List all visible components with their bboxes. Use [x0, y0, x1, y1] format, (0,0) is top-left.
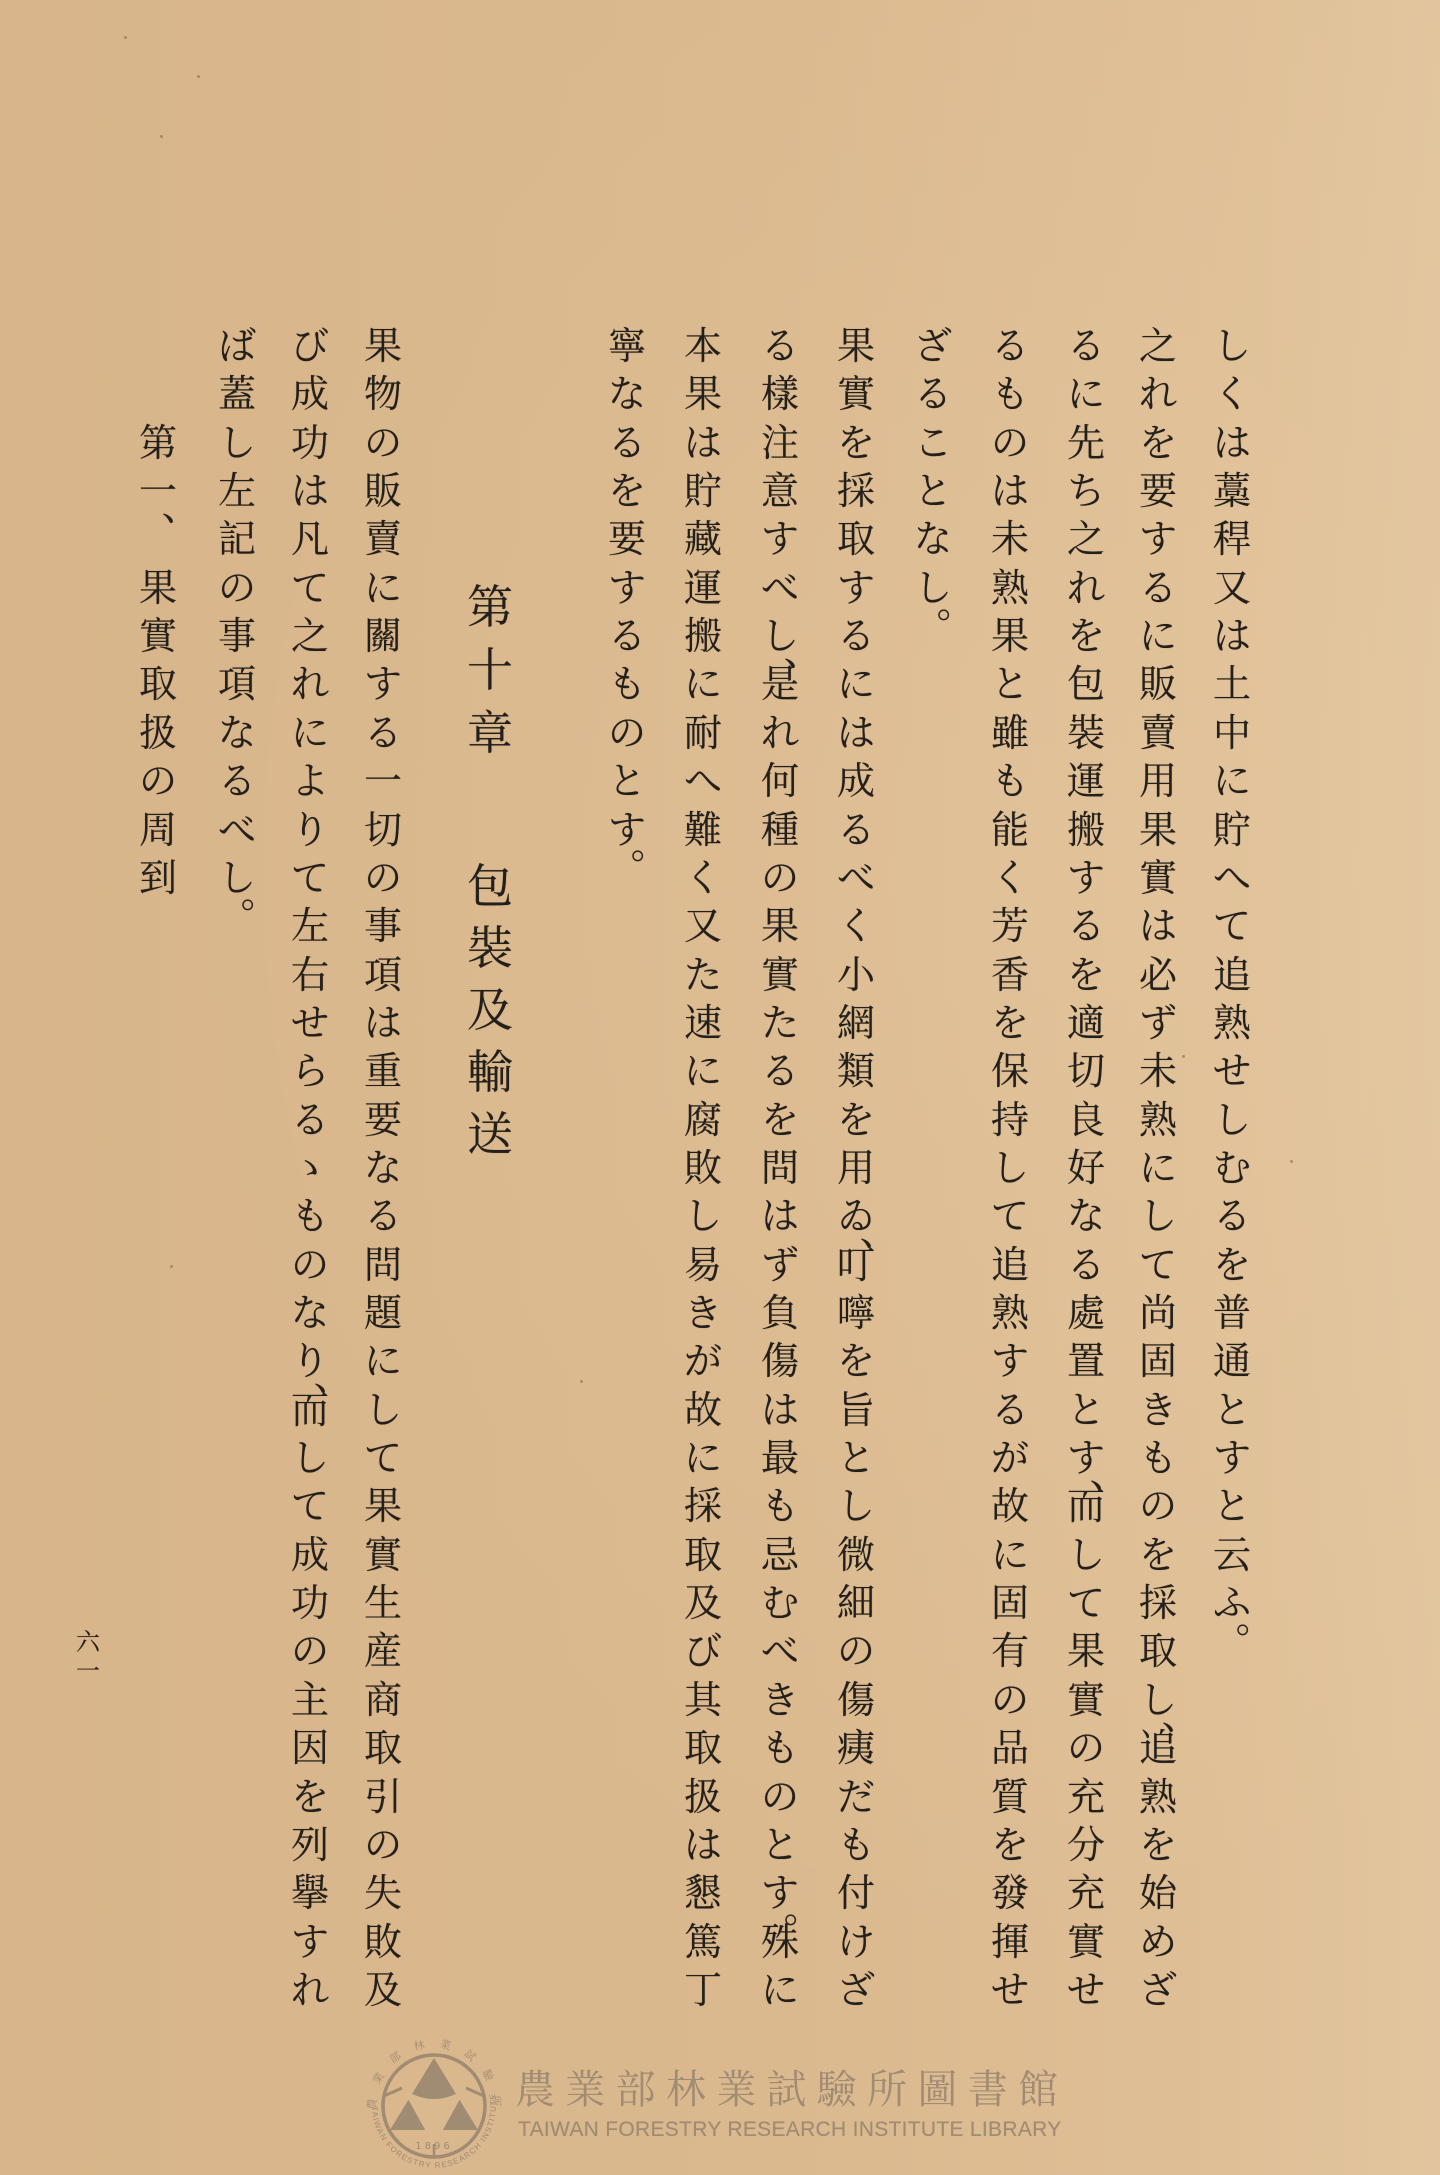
glyph: 採: [684, 1487, 722, 1525]
glyph: は: [1139, 907, 1177, 945]
glyph: 。: [631, 826, 669, 864]
glyph: 搬: [1067, 811, 1105, 849]
glyph: く: [837, 907, 875, 945]
glyph: べ: [761, 569, 799, 607]
glyph: 重: [364, 1052, 402, 1090]
glyph: 果: [991, 617, 1029, 655]
glyph: 嚀: [837, 1294, 875, 1332]
glyph: 。: [937, 585, 975, 623]
glyph: れ: [1067, 569, 1105, 607]
glyph: 實: [364, 1536, 402, 1574]
glyph: 用: [1139, 762, 1177, 800]
glyph: 旨: [837, 1391, 875, 1429]
glyph: は: [684, 1826, 722, 1864]
glyph: 又: [684, 907, 722, 945]
glyph: 熟: [1139, 1778, 1177, 1816]
glyph: ば: [218, 327, 256, 365]
glyph: 藏: [684, 520, 722, 558]
glyph: る: [608, 617, 646, 655]
glyph: る: [914, 375, 952, 413]
glyph: 運: [684, 569, 722, 607]
glyph: 又: [1213, 569, 1251, 607]
glyph: 擧: [291, 1874, 329, 1912]
glyph: 要: [364, 1101, 402, 1139]
glyph: 實: [761, 956, 799, 994]
glyph: に: [1139, 617, 1177, 655]
library-name-chinese: 農業部林業試驗所圖書館: [515, 2068, 1068, 2112]
glyph: 及: [467, 987, 513, 1033]
glyph: 右: [291, 956, 329, 994]
glyph: る: [1067, 1246, 1105, 1284]
glyph: 負: [761, 1294, 799, 1332]
glyph: 尚: [1139, 1294, 1177, 1332]
glyph: 一: [364, 762, 402, 800]
glyph: 懇: [684, 1874, 722, 1912]
glyph: 功: [291, 1584, 329, 1622]
glyph: 土: [1213, 665, 1251, 703]
glyph: 用: [837, 1149, 875, 1187]
glyph: 實: [1067, 1681, 1105, 1719]
glyph: に: [684, 1052, 722, 1090]
glyph: 取: [139, 665, 177, 703]
glyph: へ: [1213, 859, 1251, 897]
glyph: す: [1139, 520, 1177, 558]
glyph: 。: [241, 875, 279, 913]
glyph: き: [761, 1681, 799, 1719]
glyph: 一: [76, 1659, 100, 1683]
glyph: し: [1139, 1197, 1177, 1235]
library-name-english: TAIWAN FORESTRY RESEARCH INSTITUTE LIBRA…: [518, 2119, 1062, 2141]
glyph: と: [1067, 1391, 1105, 1429]
glyph: れ: [1139, 375, 1177, 413]
glyph: 處: [1067, 1294, 1105, 1332]
glyph: 功: [291, 424, 329, 462]
glyph: る: [364, 714, 402, 752]
glyph: 故: [991, 1487, 1029, 1525]
glyph: 凡: [291, 520, 329, 558]
glyph: 傷: [761, 1342, 799, 1380]
glyph: 能: [991, 811, 1029, 849]
paper-speck: [1290, 1160, 1293, 1163]
glyph: 賣: [1139, 714, 1177, 752]
glyph: る: [1067, 907, 1105, 945]
glyph: を: [991, 1826, 1029, 1864]
glyph: 裝: [467, 925, 513, 971]
glyph: す: [364, 665, 402, 703]
glyph: も: [761, 1487, 799, 1525]
glyph: 包: [1067, 665, 1105, 703]
glyph: 易: [684, 1246, 722, 1284]
glyph: に: [991, 1536, 1029, 1574]
glyph: 好: [1067, 1149, 1105, 1187]
glyph: 固: [1139, 1342, 1177, 1380]
glyph: 記: [218, 520, 256, 558]
glyph: な: [914, 520, 952, 558]
glyph: 實: [1067, 1923, 1105, 1961]
glyph: を: [1067, 617, 1105, 655]
glyph: に: [364, 1342, 402, 1380]
paper-speck: [197, 75, 200, 78]
glyph: る: [291, 1101, 329, 1139]
glyph: 成: [837, 762, 875, 800]
glyph: べ: [837, 859, 875, 897]
glyph: れ: [291, 665, 329, 703]
glyph: な: [291, 1294, 329, 1332]
glyph: 追: [1139, 1729, 1177, 1767]
glyph: 充: [1067, 1874, 1105, 1912]
glyph: 果: [1067, 1632, 1105, 1670]
glyph: も: [837, 1826, 875, 1864]
glyph: を: [1213, 1246, 1251, 1284]
glyph: は: [991, 472, 1029, 510]
glyph: の: [218, 569, 256, 607]
glyph: 香: [991, 956, 1029, 994]
glyph: 貯: [1213, 811, 1251, 849]
glyph: の: [364, 424, 402, 462]
glyph: 追: [991, 1246, 1029, 1284]
paper-speck: [1182, 1055, 1185, 1058]
glyph: て: [1139, 1246, 1177, 1284]
glyph: 採: [1139, 1584, 1177, 1622]
glyph: き: [684, 1294, 722, 1332]
glyph: が: [991, 1439, 1029, 1477]
glyph: 云: [1213, 1536, 1251, 1574]
glyph: し: [1213, 327, 1251, 365]
glyph: せ: [1213, 1052, 1251, 1090]
glyph: ず: [1139, 1004, 1177, 1042]
glyph: 果: [364, 327, 402, 365]
glyph: を: [761, 1101, 799, 1139]
glyph: の: [364, 859, 402, 897]
glyph: れ: [761, 714, 799, 752]
glyph: し: [1213, 1101, 1251, 1139]
glyph: 忌: [761, 1536, 799, 1574]
glyph: 運: [1067, 762, 1105, 800]
glyph: く: [991, 859, 1029, 897]
glyph: 良: [1067, 1101, 1105, 1139]
glyph: も: [761, 1729, 799, 1767]
glyph: 藁: [1213, 472, 1251, 510]
glyph: 始: [1139, 1874, 1177, 1912]
glyph: び: [291, 327, 329, 365]
glyph: 第: [139, 424, 177, 462]
paper-speck: [160, 135, 163, 138]
glyph: ず: [761, 1246, 799, 1284]
glyph: せ: [291, 1004, 329, 1042]
glyph: こ: [914, 424, 952, 462]
glyph: の: [991, 424, 1029, 462]
glyph: し: [291, 1439, 329, 1477]
glyph: 輸: [467, 1049, 513, 1095]
glyph: る: [1139, 569, 1177, 607]
glyph: を: [1139, 1536, 1177, 1574]
glyph: 之: [1067, 520, 1105, 558]
glyph: る: [608, 424, 646, 462]
glyph: 商: [364, 1681, 402, 1719]
glyph: は: [1213, 424, 1251, 462]
glyph: べ: [761, 1632, 799, 1670]
glyph: 取: [684, 1536, 722, 1574]
glyph: と: [1213, 1487, 1251, 1525]
glyph: へ: [684, 762, 722, 800]
glyph: 列: [291, 1826, 329, 1864]
glyph: き: [1139, 1391, 1177, 1429]
glyph: な: [1067, 1197, 1105, 1235]
glyph: 産: [364, 1632, 402, 1670]
glyph: 果: [364, 1487, 402, 1525]
glyph: 分: [1067, 1826, 1105, 1864]
glyph: 之: [291, 617, 329, 655]
glyph: に: [1139, 1149, 1177, 1187]
glyph: の: [837, 1632, 875, 1670]
glyph: 付: [837, 1874, 875, 1912]
glyph: は: [837, 714, 875, 752]
glyph: く: [684, 859, 722, 897]
glyph: の: [1067, 1729, 1105, 1767]
glyph: 意: [761, 472, 799, 510]
glyph: 事: [218, 617, 256, 655]
glyph: に: [291, 714, 329, 752]
glyph: 追: [1213, 956, 1251, 994]
glyph: む: [761, 1584, 799, 1622]
glyph: 扱: [139, 714, 177, 752]
glyph: 項: [218, 665, 256, 703]
glyph: 。: [1236, 1600, 1274, 1638]
glyph: め: [1139, 1923, 1177, 1961]
glyph: 敗: [364, 1923, 402, 1961]
glyph: て: [291, 1487, 329, 1525]
glyph: 細: [837, 1584, 875, 1622]
glyph: 品: [991, 1729, 1029, 1767]
glyph: す: [1067, 859, 1105, 897]
glyph: の: [608, 714, 646, 752]
glyph: 未: [1139, 1052, 1177, 1090]
glyph: 痍: [837, 1729, 875, 1767]
glyph: に: [837, 665, 875, 703]
glyph: せ: [1067, 1971, 1105, 2009]
glyph: 關: [364, 617, 402, 655]
glyph: 左: [218, 472, 256, 510]
glyph: と: [608, 762, 646, 800]
glyph: て: [291, 569, 329, 607]
glyph: を: [837, 424, 875, 462]
glyph: し: [364, 1391, 402, 1429]
glyph: 難: [684, 811, 722, 849]
glyph: 速: [684, 1004, 722, 1042]
glyph: 熟: [1213, 1004, 1251, 1042]
glyph: 叮: [837, 1246, 875, 1284]
glyph: 充: [1067, 1778, 1105, 1816]
glyph: 販: [364, 472, 402, 510]
glyph: も: [608, 665, 646, 703]
glyph: ち: [1067, 472, 1105, 510]
glyph: 小: [837, 956, 875, 994]
glyph: 果: [139, 569, 177, 607]
glyph: 果: [837, 327, 875, 365]
glyph: す: [837, 569, 875, 607]
glyph: に: [761, 1971, 799, 2009]
glyph: 芳: [991, 907, 1029, 945]
glyph: 項: [364, 956, 402, 994]
glyph: 置: [1067, 1342, 1105, 1380]
glyph: 何: [761, 762, 799, 800]
glyph: 寧: [608, 327, 646, 365]
glyph: 搬: [684, 617, 722, 655]
glyph: 裝: [1067, 714, 1105, 752]
glyph: 最: [761, 1439, 799, 1477]
glyph: に: [364, 569, 402, 607]
glyph: る: [837, 617, 875, 655]
glyph: す: [761, 520, 799, 558]
glyph: 篤: [684, 1923, 722, 1961]
glyph: 殊: [761, 1923, 799, 1961]
glyph: 六: [76, 1630, 100, 1654]
glyph: 引: [364, 1778, 402, 1816]
glyph: を: [608, 472, 646, 510]
glyph: の: [291, 1246, 329, 1284]
glyph: む: [1213, 1149, 1251, 1187]
glyph: 取: [837, 520, 875, 558]
glyph: 因: [291, 1729, 329, 1767]
glyph: は: [684, 424, 722, 462]
glyph: 持: [991, 1101, 1029, 1139]
glyph: す: [608, 569, 646, 607]
glyph: 實: [837, 375, 875, 413]
glyph: て: [1213, 907, 1251, 945]
glyph: べ: [218, 811, 256, 849]
glyph: も: [991, 762, 1029, 800]
glyph: せ: [991, 1971, 1029, 2009]
glyph: 實: [1139, 859, 1177, 897]
glyph: の: [139, 762, 177, 800]
glyph: 問: [364, 1246, 402, 1284]
glyph: 到: [139, 859, 177, 897]
glyph: 固: [991, 1584, 1029, 1622]
glyph: る: [991, 327, 1029, 365]
paper-speck: [124, 36, 127, 39]
glyph: な: [608, 375, 646, 413]
glyph: を: [837, 1101, 875, 1139]
glyph: た: [761, 1004, 799, 1042]
glyph: 事: [364, 907, 402, 945]
glyph: 送: [467, 1111, 513, 1157]
glyph: し: [218, 424, 256, 462]
glyph: 及: [684, 1584, 722, 1622]
glyph: 熟: [991, 569, 1029, 607]
glyph: 而: [1067, 1487, 1105, 1525]
glyph: 及: [364, 1971, 402, 2009]
glyph: 切: [1067, 1052, 1105, 1090]
glyph: 雖: [991, 714, 1029, 752]
glyph: を: [837, 1342, 875, 1380]
glyph: 取: [364, 1729, 402, 1767]
glyph: も: [991, 375, 1029, 413]
glyph: す: [991, 1342, 1029, 1380]
glyph: び: [684, 1632, 722, 1670]
glyph: 物: [364, 375, 402, 413]
glyph: る: [218, 762, 256, 800]
glyph: け: [837, 1923, 875, 1961]
glyph: 販: [1139, 665, 1177, 703]
glyph: ゝ: [291, 1149, 329, 1187]
glyph: 保: [991, 1052, 1029, 1090]
glyph: 果: [1139, 811, 1177, 849]
glyph: 先: [1067, 424, 1105, 462]
paper-speck: [170, 1265, 173, 1268]
glyph: と: [914, 472, 952, 510]
glyph: る: [761, 327, 799, 365]
glyph: 其: [684, 1681, 722, 1719]
glyph: 樣: [761, 375, 799, 413]
glyph: 揮: [991, 1923, 1029, 1961]
glyph: 未: [991, 520, 1029, 558]
glyph: に: [684, 665, 722, 703]
glyph: る: [1067, 327, 1105, 365]
glyph: 有: [991, 1632, 1029, 1670]
glyph: の: [1139, 1487, 1177, 1525]
glyph: 第: [467, 584, 513, 630]
glyph: 失: [364, 1874, 402, 1912]
glyph: 網: [837, 1004, 875, 1042]
glyph: 腐: [684, 1101, 722, 1139]
glyph: 必: [1139, 956, 1177, 994]
glyph: し: [837, 1487, 875, 1525]
paper-speck: [580, 1380, 583, 1383]
glyph: す: [1213, 1439, 1251, 1477]
glyph: ら: [291, 1052, 329, 1090]
glyph: の: [761, 859, 799, 897]
glyph: て: [291, 859, 329, 897]
glyph: 題: [364, 1294, 402, 1332]
glyph: る: [364, 1197, 402, 1235]
glyph: ざ: [914, 327, 952, 365]
glyph: 通: [1213, 1342, 1251, 1380]
glyph: 稈: [1213, 520, 1251, 558]
glyph: 種: [761, 811, 799, 849]
glyph: と: [991, 665, 1029, 703]
seal-year: 1896: [415, 2141, 452, 2152]
glyph: に: [1213, 762, 1251, 800]
glyph: 問: [761, 1149, 799, 1187]
institute-seal-icon: 1896 農業部林業試驗所 TAIWAN FORESTRY RESEARCH I…: [364, 2036, 504, 2175]
glyph: て: [991, 1197, 1029, 1235]
glyph: の: [991, 1681, 1029, 1719]
glyph: 熟: [1139, 1101, 1177, 1139]
glyph: 注: [761, 424, 799, 462]
glyph: は: [364, 1004, 402, 1042]
glyph: 章: [467, 710, 513, 756]
glyph: る: [837, 811, 875, 849]
glyph: し: [684, 1197, 722, 1235]
glyph: 貯: [684, 472, 722, 510]
glyph: の: [291, 1632, 329, 1670]
glyph: 切: [364, 811, 402, 849]
glyph: を: [991, 1004, 1029, 1042]
glyph: 取: [1139, 1632, 1177, 1670]
glyph: 取: [684, 1729, 722, 1767]
glyph: 成: [291, 1536, 329, 1574]
glyph: を: [1139, 424, 1177, 462]
glyph: て: [364, 1439, 402, 1477]
glyph: 故: [684, 1391, 722, 1429]
glyph: 要: [1139, 472, 1177, 510]
glyph: よ: [291, 762, 329, 800]
glyph: る: [991, 1391, 1029, 1429]
glyph: 適: [1067, 1004, 1105, 1042]
glyph: 中: [1213, 714, 1251, 752]
glyph: な: [218, 714, 256, 752]
glyph: 類: [837, 1052, 875, 1090]
